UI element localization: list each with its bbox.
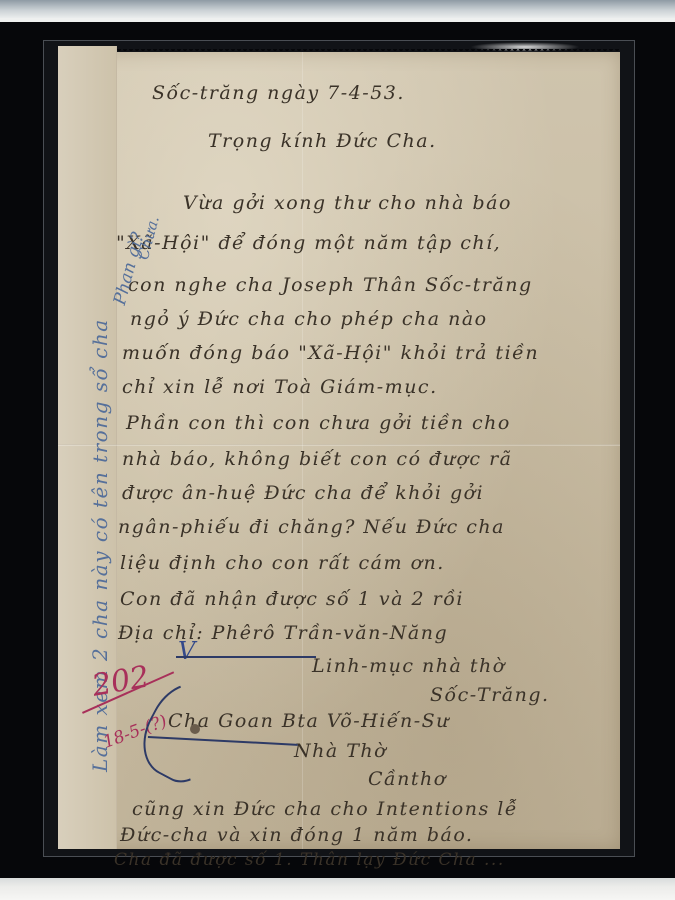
closing-line: Đức-cha và xin đóng 1 năm báo. (120, 826, 473, 845)
horizontal-fold (58, 444, 620, 446)
body-line: chỉ xin lễ nơi Toà Giám-mục. (122, 378, 438, 397)
body-line: Vừa gởi xong thư cho nhà báo (183, 194, 512, 213)
body-line: nhà báo, không biết con có được rã (122, 450, 513, 469)
body-line: muốn đóng báo "Xã-Hội" khỏi trả tiền (122, 344, 539, 363)
letter-paper: Sốc-trăng ngày 7-4-53. Trọng kính Đức Ch… (58, 52, 620, 849)
body-line: "Xã-Hội" để đóng một năm tập chí, (116, 234, 501, 253)
body-line: ngân-phiếu đi chăng? Nếu Đức cha (118, 518, 505, 537)
bottom-frame-strip (0, 878, 675, 900)
closing-line: Cha đã được số 1. Thân lạy Đức Cha ... (114, 852, 505, 869)
strike-line (176, 656, 316, 658)
salutation: Trọng kính Đức Cha. (208, 132, 437, 151)
body-line: được ân-huệ Đức cha để khỏi gởi (122, 484, 484, 503)
body-line: liệu định cho con rất cám ơn. (120, 554, 445, 573)
second-address-line: Cầnthơ (368, 770, 447, 789)
second-address-line: Nhà Thờ (294, 742, 387, 761)
closing-line: cũng xin Đức cha cho Intentions lễ (132, 800, 518, 819)
body-line: Con đã nhận được số 1 và 2 rồi (120, 590, 464, 609)
top-frame-strip (0, 0, 675, 22)
body-line: Linh-mục nhà thờ (312, 657, 506, 676)
place-date: Sốc-trăng ngày 7-4-53. (152, 84, 405, 103)
body-line: Sốc-Trăng. (430, 686, 550, 705)
body-line: Phần con thì con chưa gởi tiền cho (126, 414, 511, 433)
blue-check-mark: V (178, 637, 195, 665)
ink-stain (190, 724, 200, 734)
body-line: ngỏ ý Đức cha cho phép cha nào (130, 310, 488, 329)
body-line: Địa chỉ: Phêrô Trần-văn-Năng (118, 624, 448, 643)
body-line: con nghe cha Joseph Thân Sốc-trăng (128, 276, 533, 295)
